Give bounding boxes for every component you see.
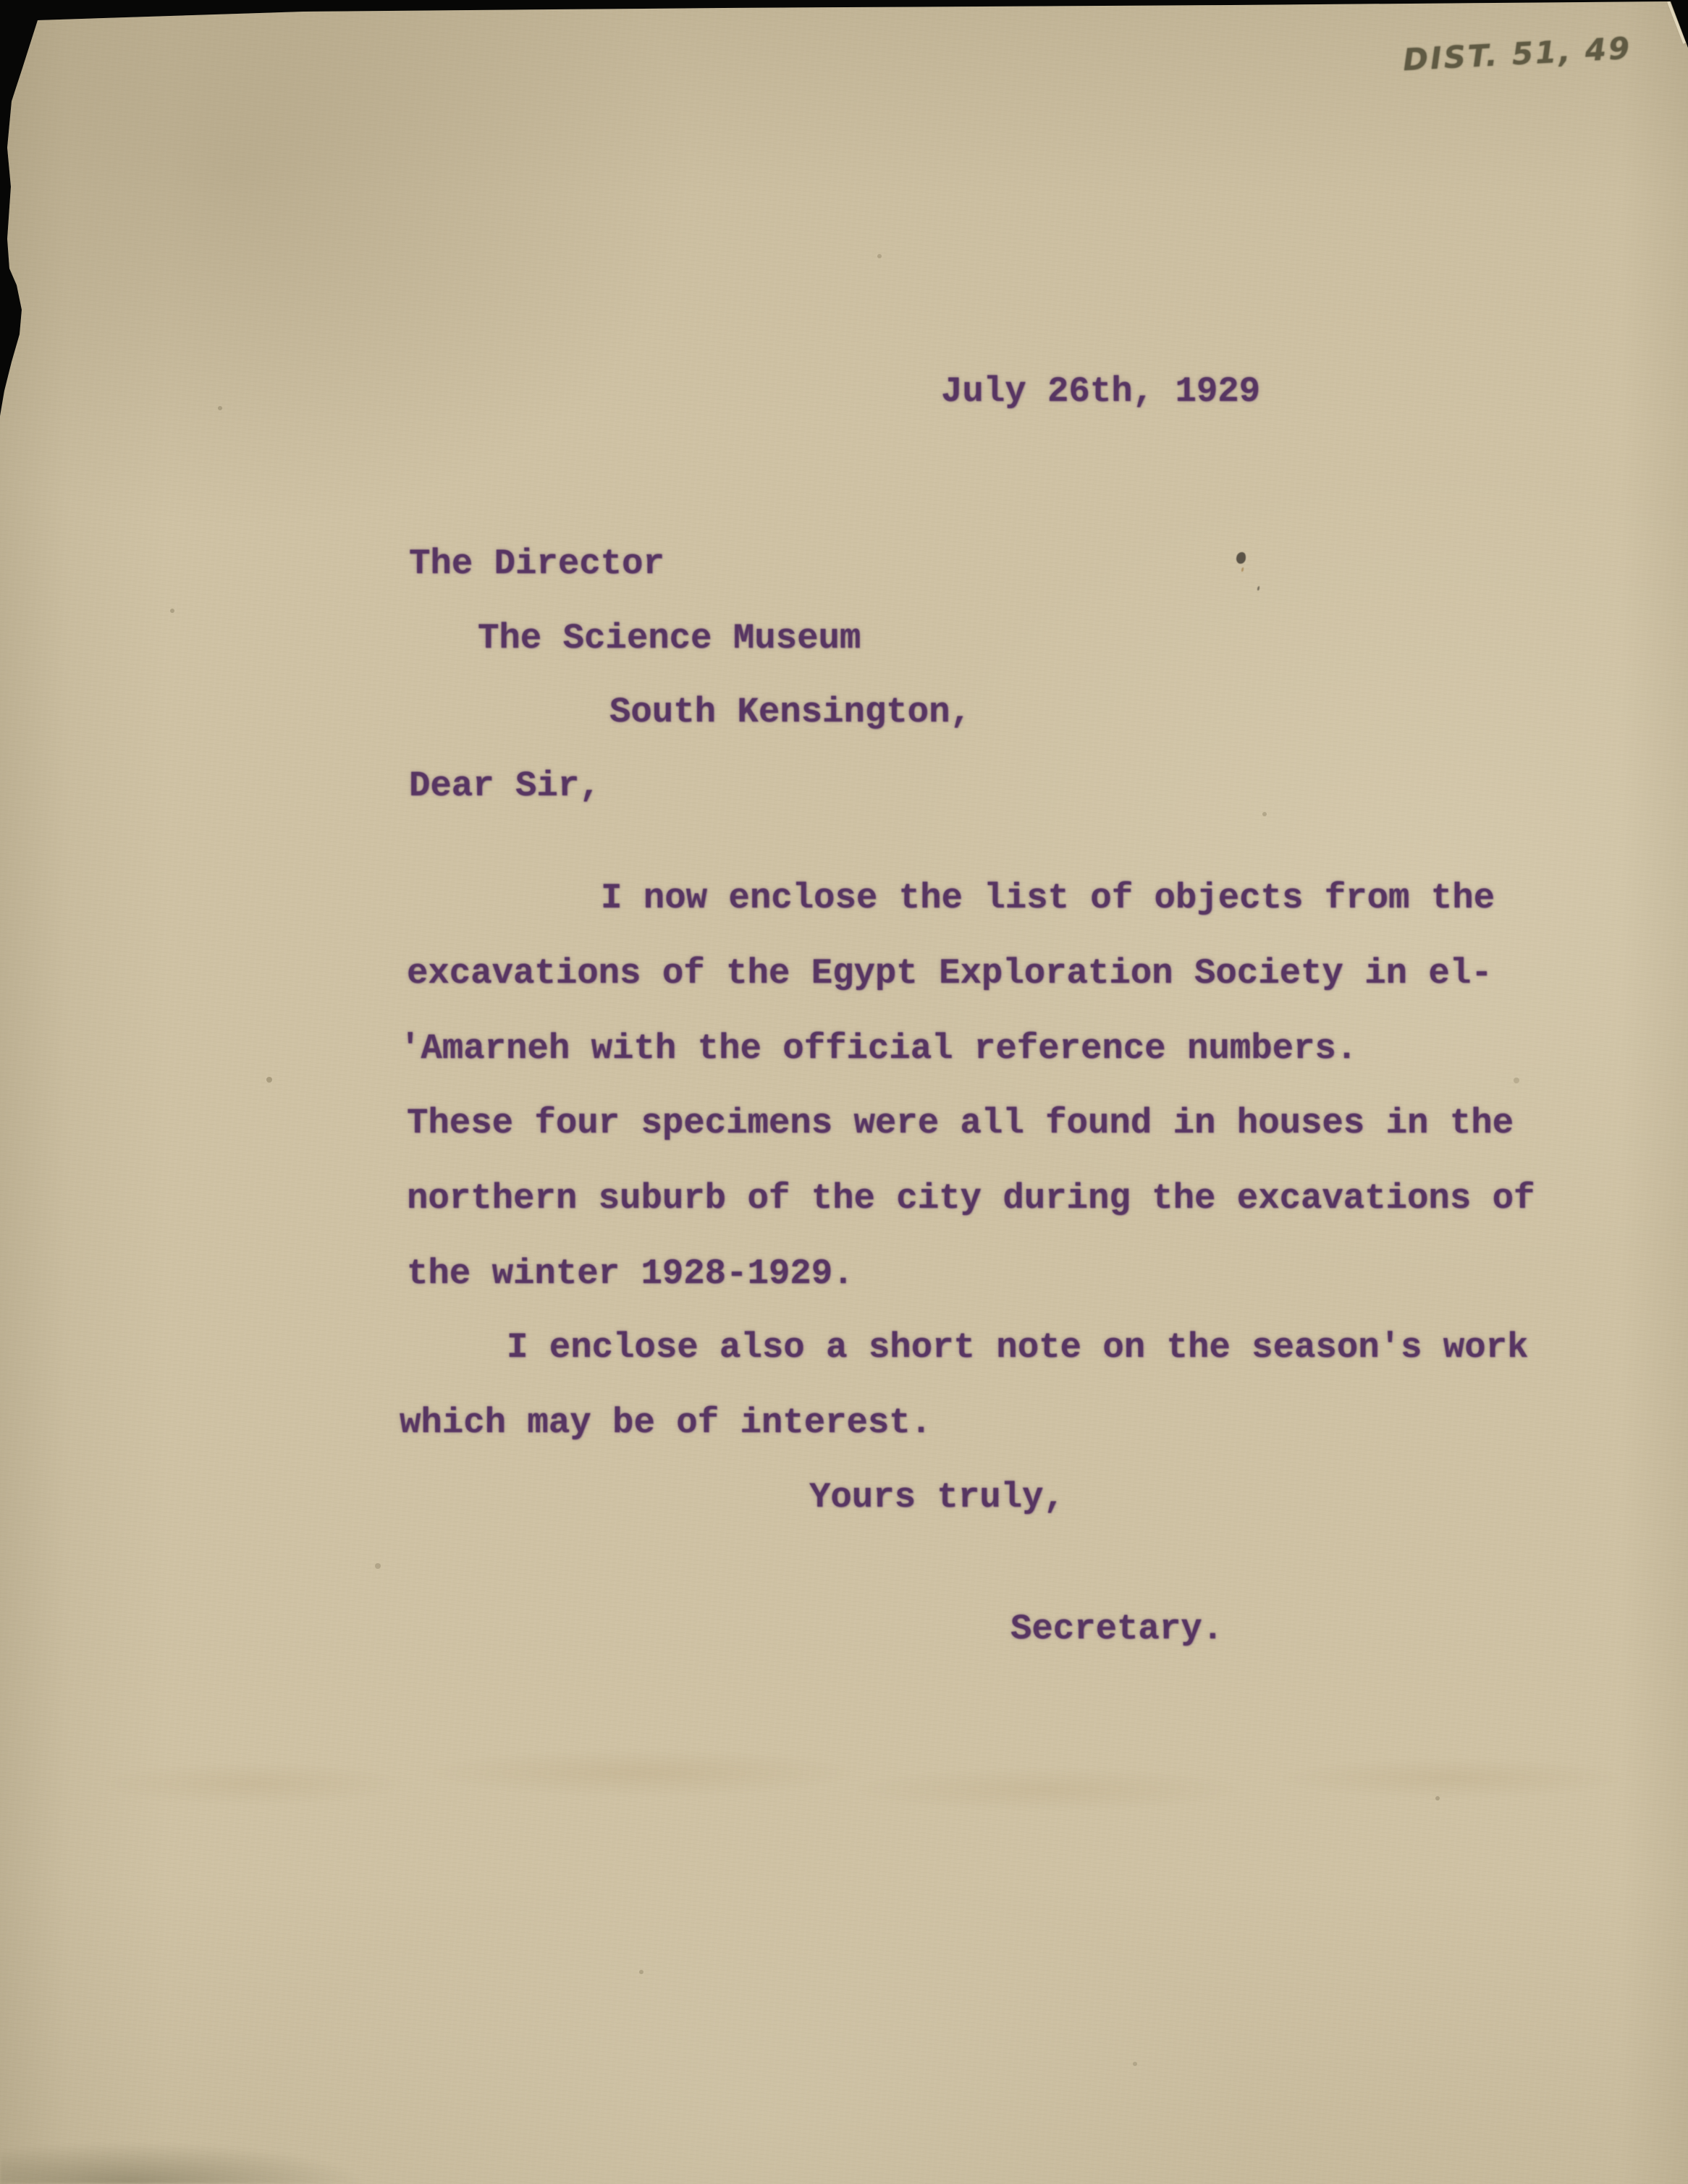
body-line-2: excavations of the Egypt Exploration Soc… (407, 952, 1493, 994)
body-line-5: northern suburb of the city during the e… (407, 1177, 1535, 1219)
corner-crease (1667, 1, 1686, 43)
bottom-edge-smudge (0, 2136, 463, 2184)
body-line-1: I now enclose the list of objects from t… (601, 877, 1495, 919)
date-line: July 26th, 1929 (941, 371, 1260, 412)
body-line-4: These four specimens were all found in h… (407, 1102, 1514, 1144)
paper-flecks (0, 0, 3, 3)
body-line-3: 'Amarneh with the official reference num… (400, 1028, 1357, 1070)
body-line-6: the winter 1928-1929. (407, 1253, 854, 1295)
ink-fleck (1236, 552, 1246, 564)
recipient-line-1: The Director (409, 543, 664, 585)
salutation-line: Dear Sir, (409, 765, 601, 807)
recipient-line-3: South Kensington, (609, 691, 971, 733)
letter-page: DIST. 51, 49 July 26th, 1929 The Directo… (0, 0, 1688, 2184)
stain-band (0, 1730, 1688, 1838)
recipient-line-2: The Science Museum (478, 617, 861, 659)
scan-background: { "annotation": { "text": "DIST. 51, 49"… (0, 0, 1688, 2184)
pencil-annotation: DIST. 51, 49 (1402, 30, 1632, 77)
body-line-7: I enclose also a short note on the seaso… (507, 1326, 1528, 1368)
signature-line: Secretary. (1010, 1608, 1223, 1650)
body-line-8: which may be of interest. (400, 1402, 932, 1444)
closing-line: Yours truly, (809, 1476, 1065, 1518)
